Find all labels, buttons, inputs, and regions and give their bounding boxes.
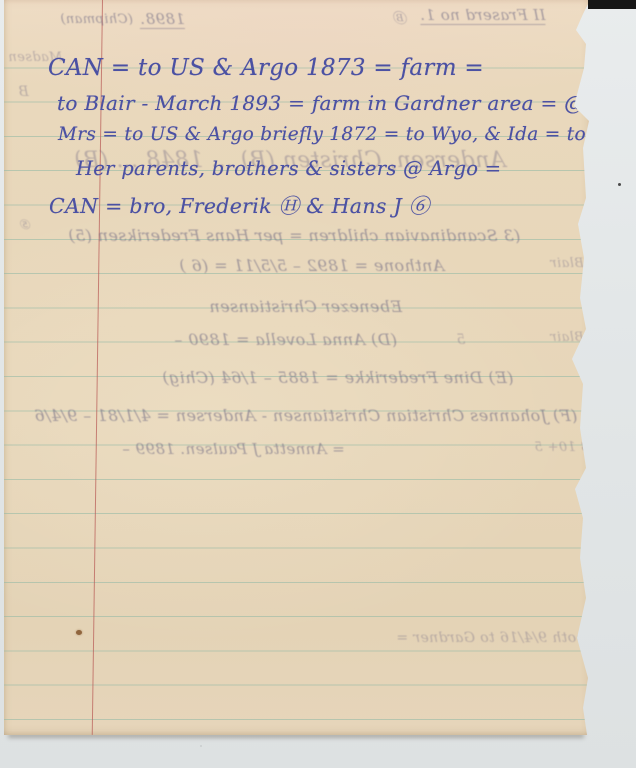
bleedthrough-text: Blair xyxy=(550,330,584,345)
notebook-page: II Fraserd no 1. Ⓑ 1898. (Chipman) Madse… xyxy=(4,0,594,735)
scanned-document: II Fraserd no 1. Ⓑ 1898. (Chipman) Madse… xyxy=(0,0,636,768)
bleedthrough-text: B xyxy=(18,84,29,100)
handwritten-line: CAN = bro, Frederik Ⓗ & Hans J ⑥ xyxy=(49,189,430,219)
scanner-speck xyxy=(618,183,621,186)
handwritten-line: Her parents, brothers & sisters @ Argo = xyxy=(76,157,501,180)
bleedthrough-text: Ⓑ xyxy=(394,8,408,28)
bleedthrough-text: 5 xyxy=(456,332,465,348)
bleedthrough-text: (E) Dine Frederikke = 1885 – 1/64 (Chig) xyxy=(162,368,513,387)
handwritten-line: Mrs = to US & Argo briefly 1872 = to Wyo… xyxy=(58,124,636,145)
handwritten-line: CAN = to US & Argo 1873 = farm = xyxy=(48,55,484,81)
bleedthrough-text: (Chipman) xyxy=(60,12,133,27)
bleedthrough-text: (F) Johannes Christian Christiansen - An… xyxy=(34,406,577,425)
bleedthrough-text: Ebenezer Christiansen xyxy=(209,297,402,316)
bleedthrough-text: 1898. xyxy=(140,10,185,29)
scanner-edge-strip xyxy=(588,0,636,9)
bleedthrough-text: Blair xyxy=(550,256,584,271)
bleedthrough-text: ⑤ xyxy=(20,218,32,233)
bleedthrough-text: Anthone = 1892 – 5/5/11 = (6 ) xyxy=(179,256,444,275)
bleedthrough-text: II Fraserd no 1. xyxy=(420,6,545,25)
bleedthrough-text: (3 Scandinavian children = per Hans Fred… xyxy=(68,226,520,245)
bleedthrough-text: (D) Anna Lovella = 1890 – xyxy=(174,330,397,349)
paper-stain xyxy=(76,630,82,635)
bleedthrough-text: (B 10+ 5 xyxy=(534,440,596,455)
scanner-speck xyxy=(200,745,202,747)
bleedthrough-text: = Annetta J Paulsen. 1899 – xyxy=(122,440,345,458)
bleedthrough-text: both 9/4/16 to Gardner = xyxy=(396,630,585,646)
handwritten-line: to Blair - March 1893 = farm in Gardner … xyxy=(57,91,636,115)
